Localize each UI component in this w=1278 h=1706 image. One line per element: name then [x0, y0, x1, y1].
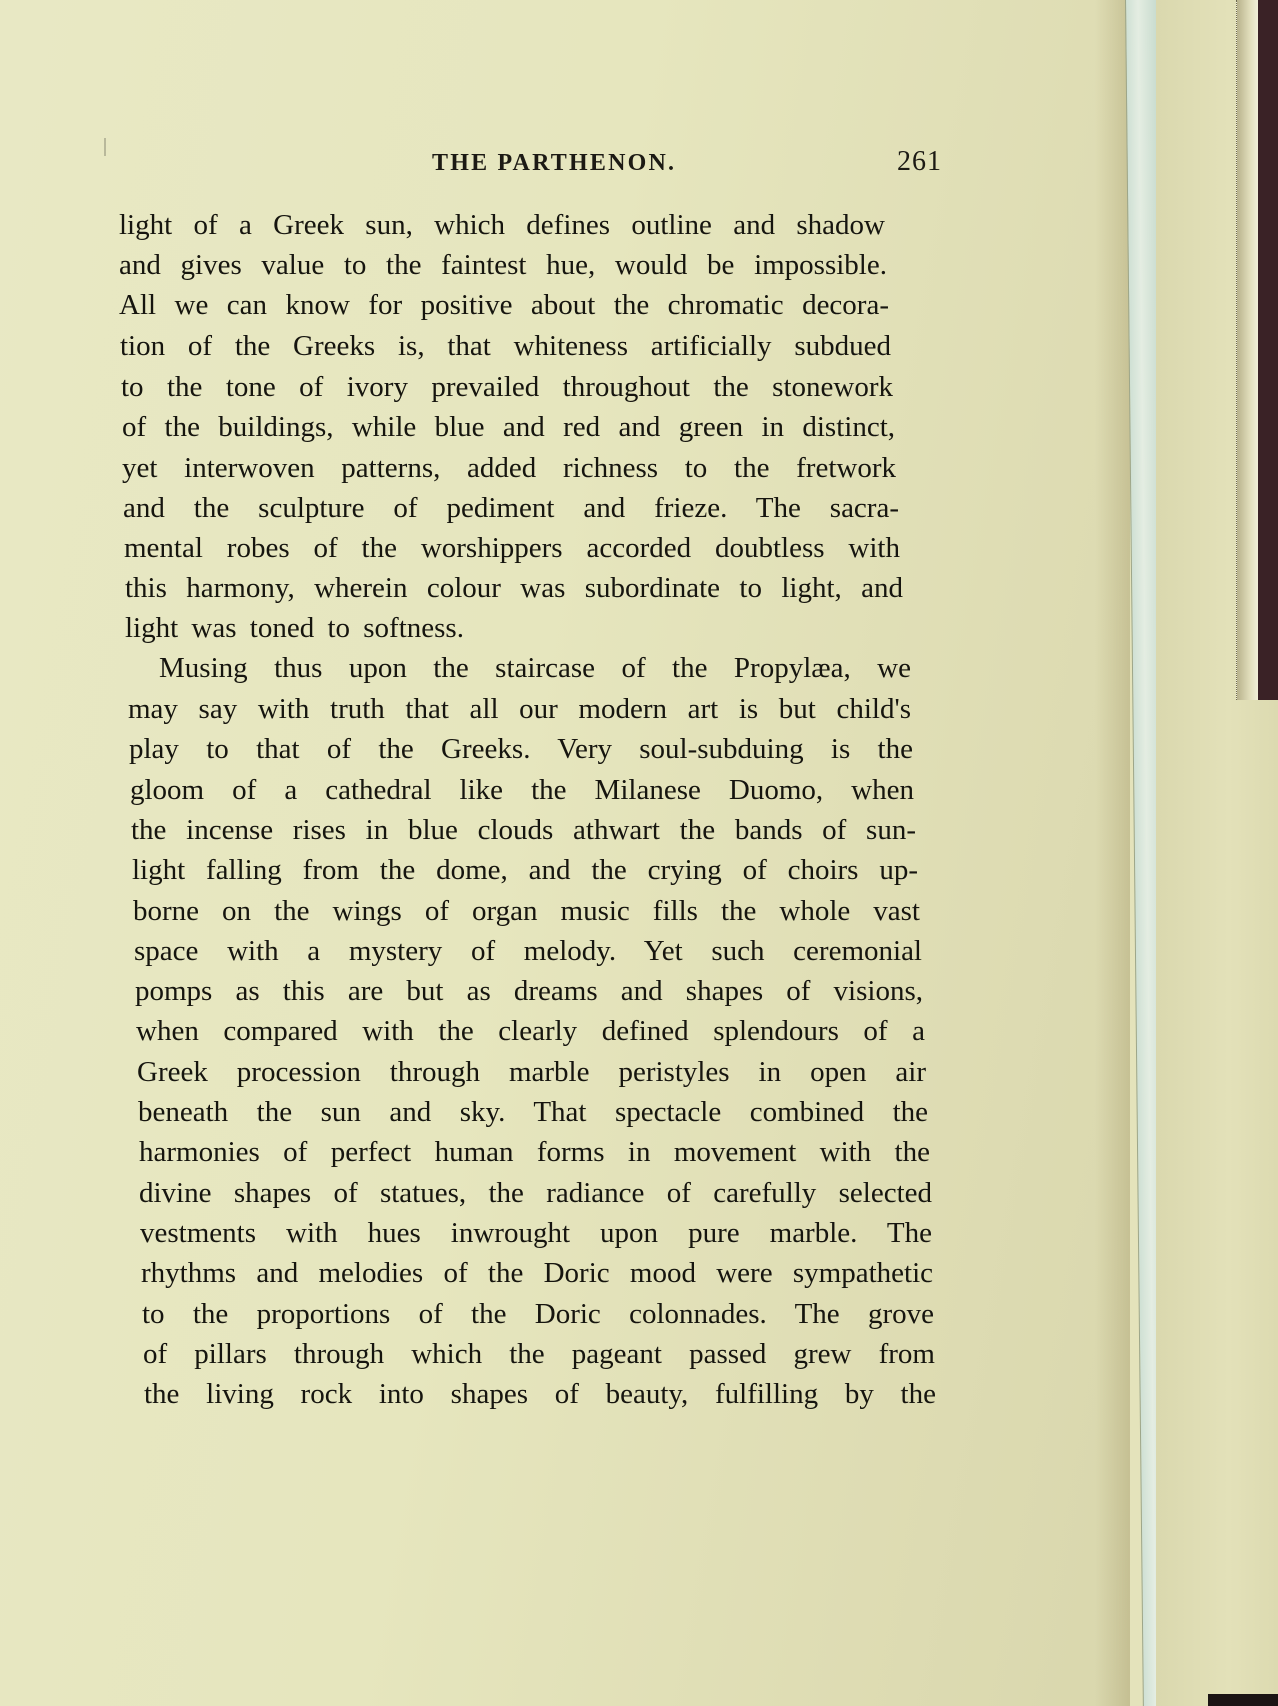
text-line: of pillars through which the pageant pas… [143, 1337, 935, 1371]
page-shadow [1095, 0, 1130, 1706]
text-line: yet interwoven patterns, added richness … [122, 451, 896, 485]
book-page: THE PARTHENON. 261 light of a Greek sun,… [0, 0, 1130, 1706]
background-surface [1258, 0, 1278, 700]
text-line: this harmony, wherein colour was subordi… [125, 571, 903, 605]
text-line: divine shapes of statues, the radiance o… [139, 1176, 932, 1210]
text-line: to the tone of ivory prevailed throughou… [121, 370, 893, 404]
text-line: tion of the Greeks is, that whiteness ar… [120, 329, 891, 363]
text-line: when compared with the clearly defined s… [136, 1014, 925, 1048]
margin-mark [104, 138, 106, 156]
text-line: All we can know for positive about the c… [119, 288, 889, 322]
text-line: the incense rises in blue clouds athwart… [131, 813, 916, 847]
text-line: and the sculpture of pediment and frieze… [123, 491, 899, 525]
text-line: borne on the wings of organ music fills … [133, 894, 920, 928]
text-line: of the buildings, while blue and red and… [122, 410, 895, 444]
text-line: beneath the sun and sky. That spectacle … [138, 1095, 928, 1129]
text-line: and gives value to the faintest hue, wou… [119, 248, 887, 282]
text-line: harmonies of perfect human forms in move… [139, 1135, 930, 1169]
text-line: gloom of a cathedral like the Milanese D… [130, 773, 914, 807]
leaf-edge [1236, 0, 1259, 700]
text-line: space with a mystery of melody. Yet such… [134, 934, 922, 968]
text-line: may say with truth that all our modern a… [128, 692, 911, 726]
text-line: vestments with hues inwrought upon pure … [140, 1216, 932, 1250]
text-line: light falling from the dome, and the cry… [132, 853, 918, 887]
text-line: to the proportions of the Doric colonnad… [142, 1297, 934, 1331]
page-number: 261 [897, 146, 942, 178]
text-line: the living rock into shapes of beauty, f… [144, 1377, 936, 1411]
text-line: pomps as this are but as dreams and shap… [135, 974, 923, 1008]
text-line: rhythms and melodies of the Doric mood w… [141, 1256, 933, 1290]
text-line: light of a Greek sun, which defines outl… [119, 208, 885, 242]
text-line: Musing thus upon the staircase of the Pr… [159, 651, 911, 685]
text-line: play to that of the Greeks. Very soul-su… [129, 732, 913, 766]
background-corner [1208, 1694, 1278, 1706]
text-line: Greek procession through marble peristyl… [137, 1055, 926, 1089]
text-line: light was toned to softness. [125, 611, 464, 645]
running-head: THE PARTHENON. [432, 150, 676, 177]
text-line: mental robes of the worshippers accorded… [124, 531, 900, 565]
